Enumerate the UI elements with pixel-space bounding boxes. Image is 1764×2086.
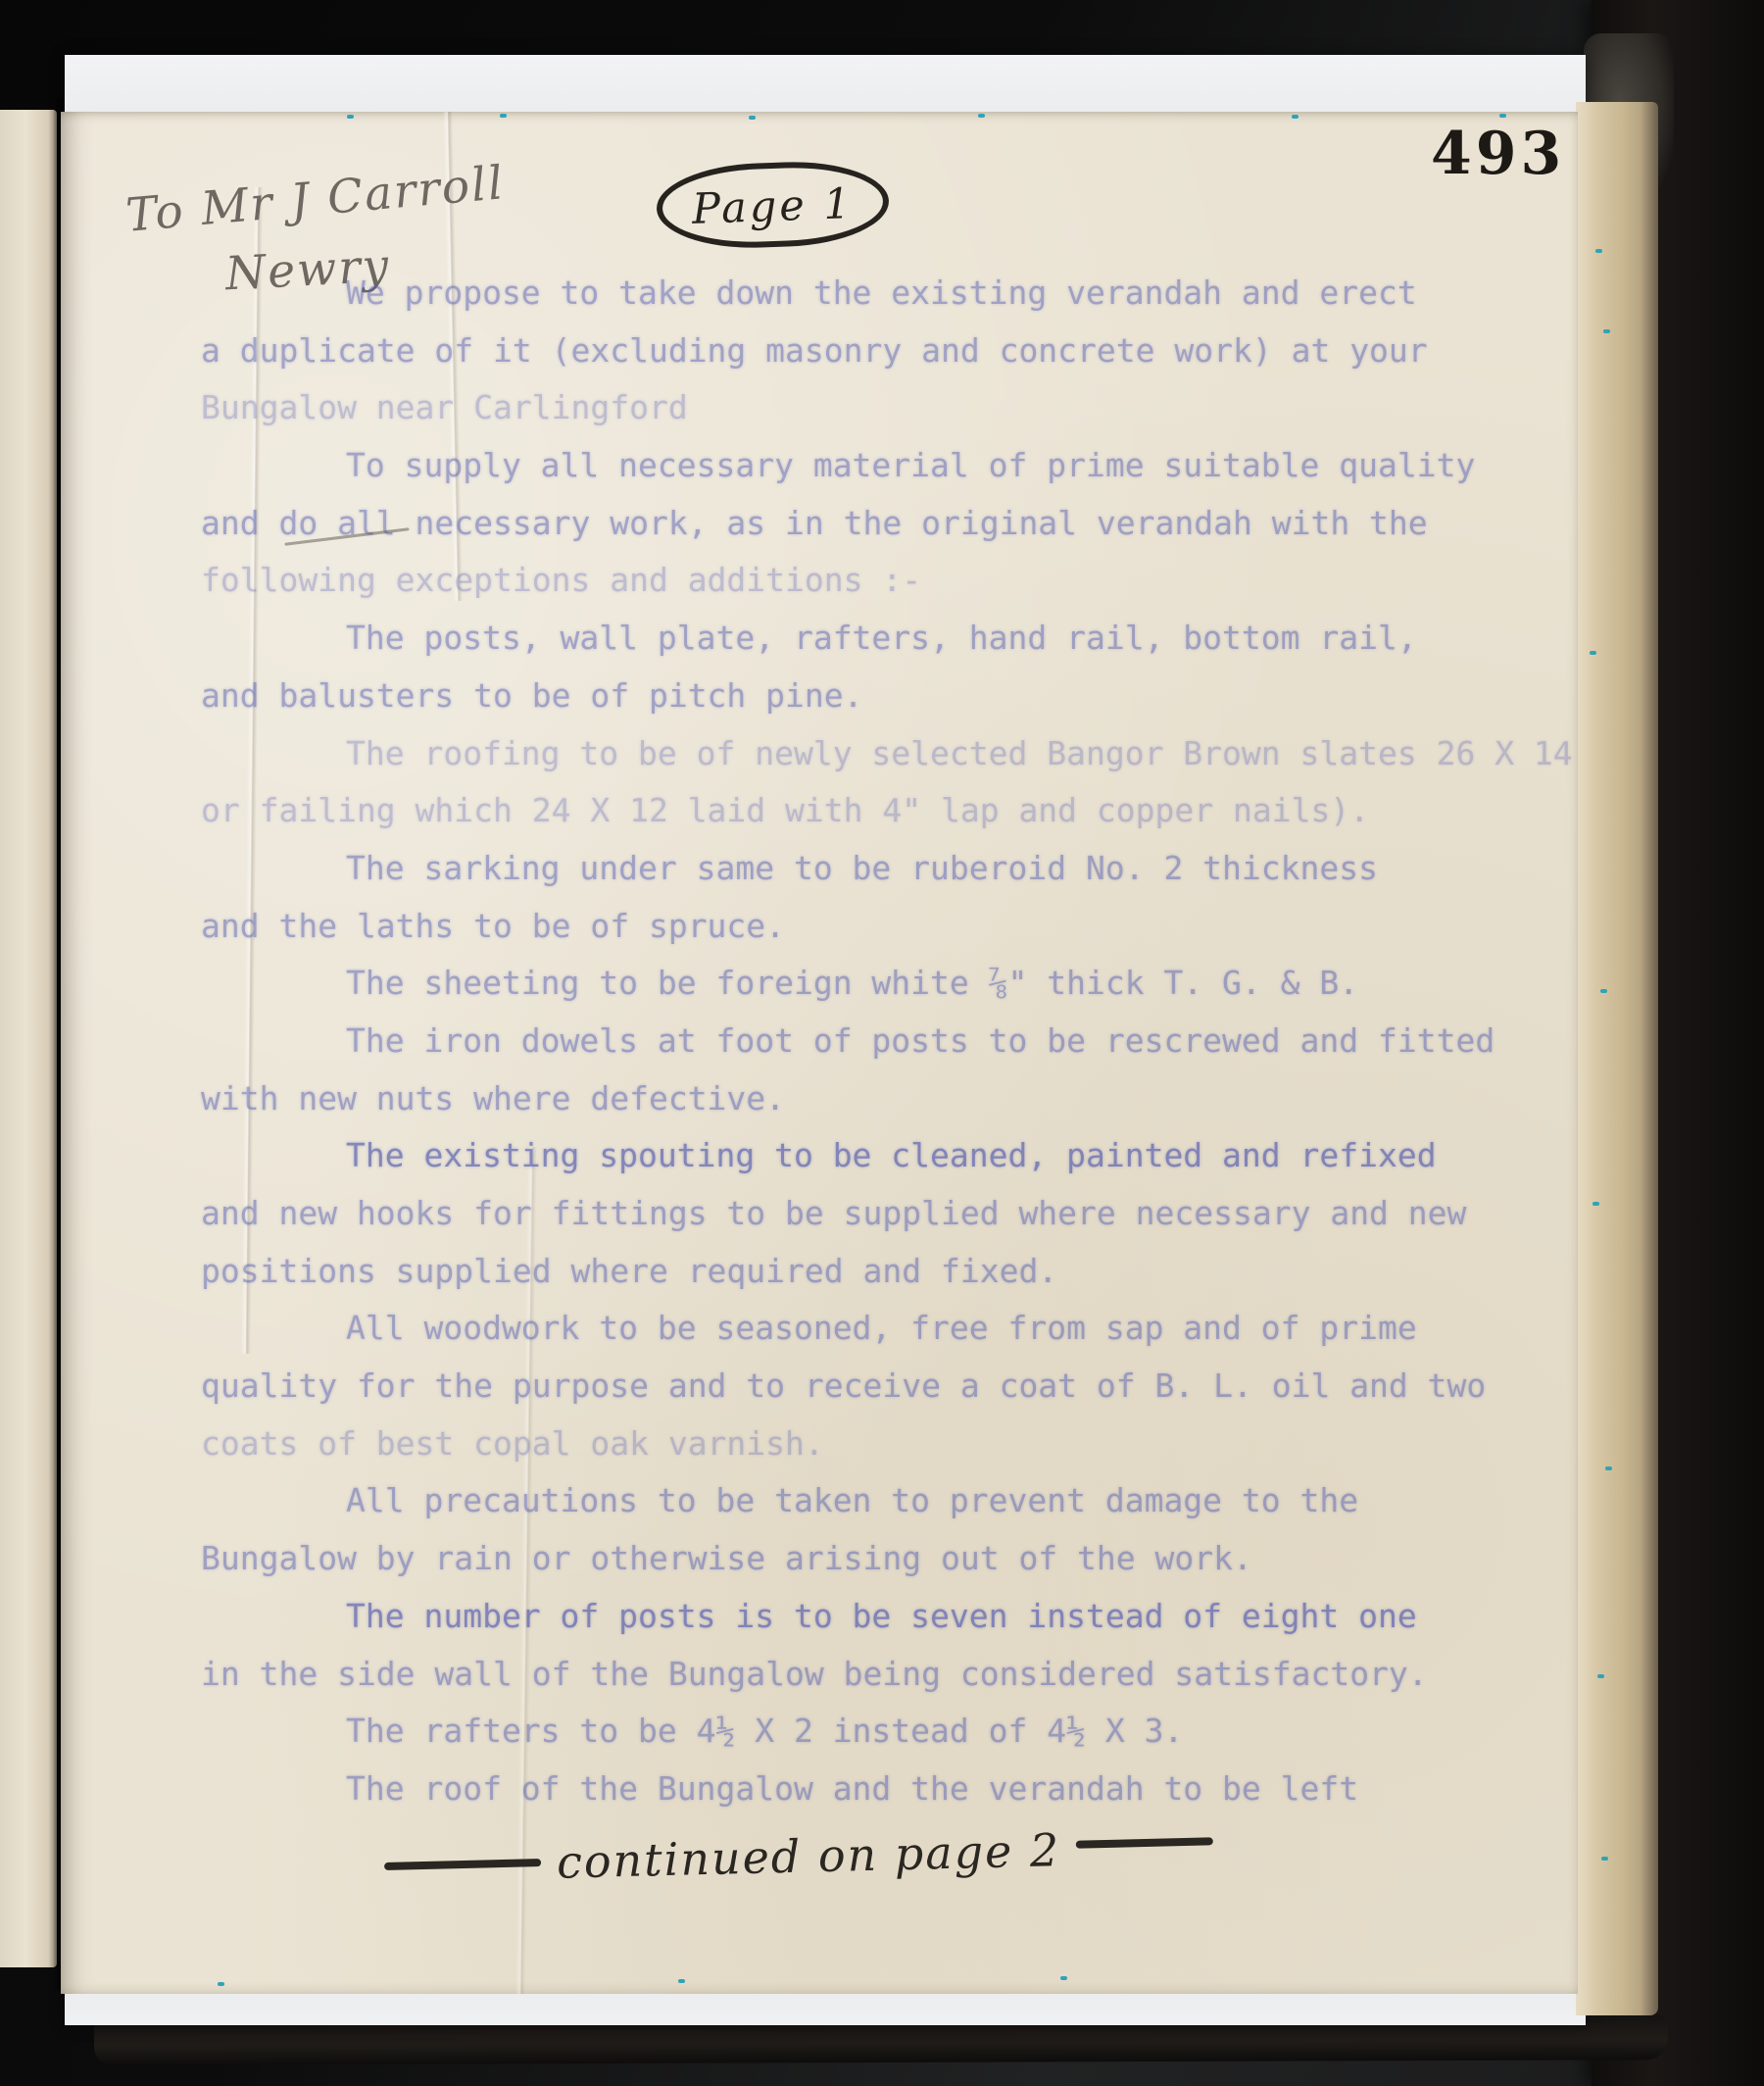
typed-line: and balusters to be of pitch pine. [201,668,1565,725]
typed-line: The number of posts is to be seven inste… [201,1588,1565,1646]
typed-line: We propose to take down the existing ver… [201,265,1565,323]
typed-line: To supply all necessary material of prim… [201,437,1565,495]
typed-line: and the laths to be of spruce. [201,898,1565,956]
letter-page: To Mr J Carroll Newry Page 1 493 We prop… [61,112,1578,1994]
letterbook-scan: To Mr J Carroll Newry Page 1 493 We prop… [0,0,1764,2086]
typed-line: The roof of the Bungalow and the veranda… [201,1761,1565,1818]
typed-line: and do all necessary work, as in the ori… [201,495,1565,553]
typed-line: following exceptions and additions :- [201,552,1565,610]
stacked-page-edges [1576,102,1658,2015]
ink-specks-right-edge [1576,102,1583,106]
typed-line: Bungalow by rain or otherwise arising ou… [201,1530,1565,1588]
typed-line: positions supplied where required and fi… [201,1243,1565,1301]
typed-line: The sarking under same to be ruberoid No… [201,840,1565,898]
recipient-annotation-name: To Mr J Carroll [123,156,507,243]
typed-line: coats of best copal oak varnish. [201,1415,1565,1473]
typed-line: The iron dowels at foot of posts to be r… [201,1013,1565,1070]
typed-line: The posts, wall plate, rafters, hand rai… [201,610,1565,668]
typed-line: All woodwork to be seasoned, free from s… [201,1300,1565,1358]
typed-line: and new hooks for fittings to be supplie… [201,1185,1565,1243]
typed-line: a duplicate of it (excluding masonry and… [201,323,1565,380]
typed-line: with new nuts where defective. [201,1070,1565,1128]
typed-line: in the side wall of the Bungalow being c… [201,1646,1565,1704]
typed-line: quality for the purpose and to receive a… [201,1358,1565,1415]
typed-letter-body: We propose to take down the existing ver… [201,265,1565,1818]
strike-line-right [1076,1837,1213,1848]
page-label-oval: Page 1 [656,159,890,251]
typed-line: The sheeting to be foreign white ⅞" thic… [201,955,1565,1013]
continuation-note-text: continued on page 2 [556,1823,1060,1889]
typed-line: All precautions to be taken to prevent d… [201,1472,1565,1530]
folio-number: 493 [1431,120,1565,188]
typed-line: or failing which 24 X 12 laid with 4" la… [201,782,1565,840]
typed-line: Bungalow near Carlingford [201,379,1565,437]
typed-line: The rafters to be 4½ X 2 instead of 4½ X… [201,1703,1565,1761]
page-label: Page 1 [691,179,854,234]
strike-line-left [384,1859,541,1870]
ink-specks-page-edge [61,112,68,116]
continuation-note: continued on page 2 [383,1818,1266,1893]
facing-page-edge [0,110,57,1967]
typed-line: The roofing to be of newly selected Bang… [201,725,1565,783]
typed-line: The existing spouting to be cleaned, pai… [201,1127,1565,1185]
